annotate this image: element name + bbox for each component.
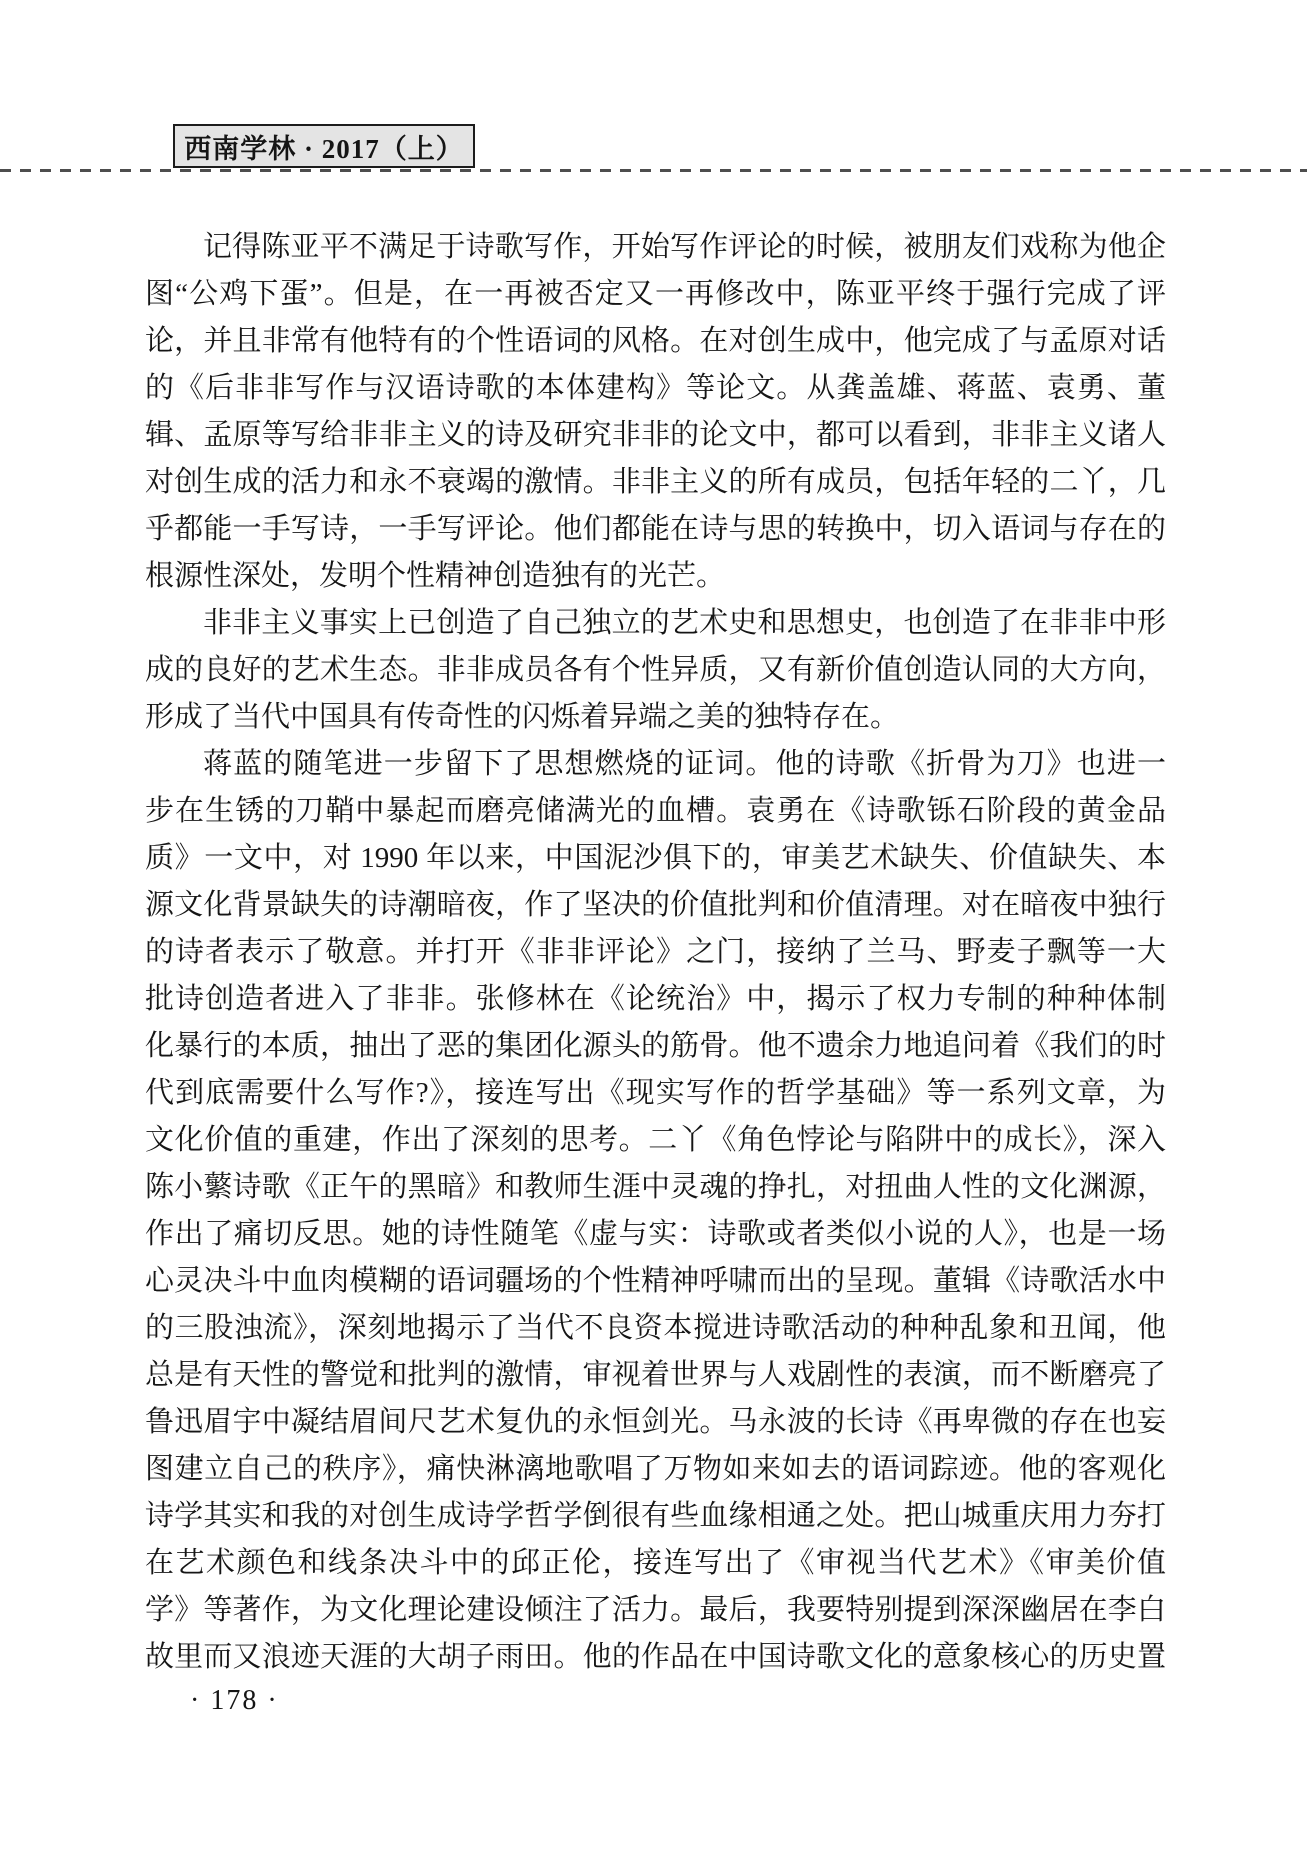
- text-line: 记得陈亚平不满足于诗歌写作，开始写作评论的时候，被朋友们戏称为他企: [145, 224, 1166, 271]
- text-line: 学》等著作，为文化理论建设倾注了活力。最后，我要特别提到深深幽居在李白: [145, 1587, 1166, 1634]
- book-page: 西南学林 · 2017（上） 记得陈亚平不满足于诗歌写作，开始写作评论的时候，被…: [0, 0, 1307, 1859]
- text-line: 论，并且非常有他特有的个性语词的风格。在对创生成中，他完成了与孟原对话: [145, 318, 1166, 365]
- text-line: 代到底需要什么写作?》，接连写出《现实写作的哲学基础》等一系列文章，为: [145, 1070, 1166, 1117]
- text-line: 图建立自己的秩序》，痛快淋漓地歌唱了万物如来如去的语词踪迹。他的客观化: [145, 1446, 1166, 1493]
- text-line: 文化价值的重建，作出了深刻的思考。二丫《角色悖论与陷阱中的成长》，深入: [145, 1117, 1166, 1164]
- text-line: 乎都能一手写诗，一手写评论。他们都能在诗与思的转换中，切入语词与存在的: [145, 506, 1166, 553]
- text-line: 蒋蓝的随笔进一步留下了思想燃烧的证词。他的诗歌《折骨为刀》也进一: [145, 741, 1166, 788]
- text-line: 陈小蘩诗歌《正午的黑暗》和教师生涯中灵魂的挣扎，对扭曲人性的文化渊源，: [145, 1164, 1166, 1211]
- text-line: 作出了痛切反思。她的诗性随笔《虚与实：诗歌或者类似小说的人》，也是一场: [145, 1211, 1166, 1258]
- text-line: 图“公鸡下蛋”。但是，在一再被否定又一再修改中，陈亚平终于强行完成了评: [145, 271, 1166, 318]
- text-line: 的《后非非写作与汉语诗歌的本体建构》等论文。从龚盖雄、蒋蓝、袁勇、董: [145, 365, 1166, 412]
- text-line: 的三股浊流》，深刻地揭示了当代不良资本搅进诗歌活动的种种乱象和丑闻，他: [145, 1305, 1166, 1352]
- text-line: 诗学其实和我的对创生成诗学哲学倒很有些血缘相通之处。把山城重庆用力夯打: [145, 1493, 1166, 1540]
- text-line: 化暴行的本质，抽出了恶的集团化源头的筋骨。他不遗余力地追问着《我们的时: [145, 1023, 1166, 1070]
- text-line: 成的良好的艺术生态。非非成员各有个性异质，又有新价值创造认同的大方向，: [145, 647, 1166, 694]
- journal-title: 西南学林 · 2017（上）: [184, 127, 464, 166]
- journal-header-badge: 西南学林 · 2017（上）: [173, 124, 475, 168]
- text-line: 批诗创造者进入了非非。张修林在《论统治》中，揭示了权力专制的种种体制: [145, 976, 1166, 1023]
- text-line: 源文化背景缺失的诗潮暗夜，作了坚决的价值批判和价值清理。对在暗夜中独行: [145, 882, 1166, 929]
- text-line: 质》一文中，对 1990 年以来，中国泥沙俱下的，审美艺术缺失、价值缺失、本: [145, 835, 1166, 882]
- text-line: 故里而又浪迹天涯的大胡子雨田。他的作品在中国诗歌文化的意象核心的历史置: [145, 1634, 1166, 1681]
- page-number: · 178 ·: [190, 1684, 279, 1718]
- text-line: 在艺术颜色和线条决斗中的邱正伦，接连写出了《审视当代艺术》《审美价值: [145, 1540, 1166, 1587]
- page-body-text: 记得陈亚平不满足于诗歌写作，开始写作评论的时候，被朋友们戏称为他企 图“公鸡下蛋…: [145, 224, 1166, 1681]
- text-line: 形成了当代中国具有传奇性的闪烁着异端之美的独特存在。: [145, 694, 1166, 741]
- text-line: 总是有天性的警觉和批判的激情，审视着世界与人戏剧性的表演，而不断磨亮了: [145, 1352, 1166, 1399]
- text-line: 心灵决斗中血肉模糊的语词疆场的个性精神呼啸而出的呈现。董辑《诗歌活水中: [145, 1258, 1166, 1305]
- text-line: 的诗者表示了敬意。并打开《非非评论》之门，接纳了兰马、野麦子飘等一大: [145, 929, 1166, 976]
- header-divider: [0, 169, 1307, 172]
- text-line: 辑、孟原等写给非非主义的诗及研究非非的论文中，都可以看到，非非主义诸人: [145, 412, 1166, 459]
- text-line: 对创生成的活力和永不衰竭的激情。非非主义的所有成员，包括年轻的二丫，几: [145, 459, 1166, 506]
- text-line: 非非主义事实上已创造了自己独立的艺术史和思想史，也创造了在非非中形: [145, 600, 1166, 647]
- text-line: 步在生锈的刀鞘中暴起而磨亮储满光的血槽。袁勇在《诗歌铄石阶段的黄金品: [145, 788, 1166, 835]
- text-line: 根源性深处，发明个性精神创造独有的光芒。: [145, 553, 1166, 600]
- text-line: 鲁迅眉宇中凝结眉间尺艺术复仇的永恒剑光。马永波的长诗《再卑微的存在也妄: [145, 1399, 1166, 1446]
